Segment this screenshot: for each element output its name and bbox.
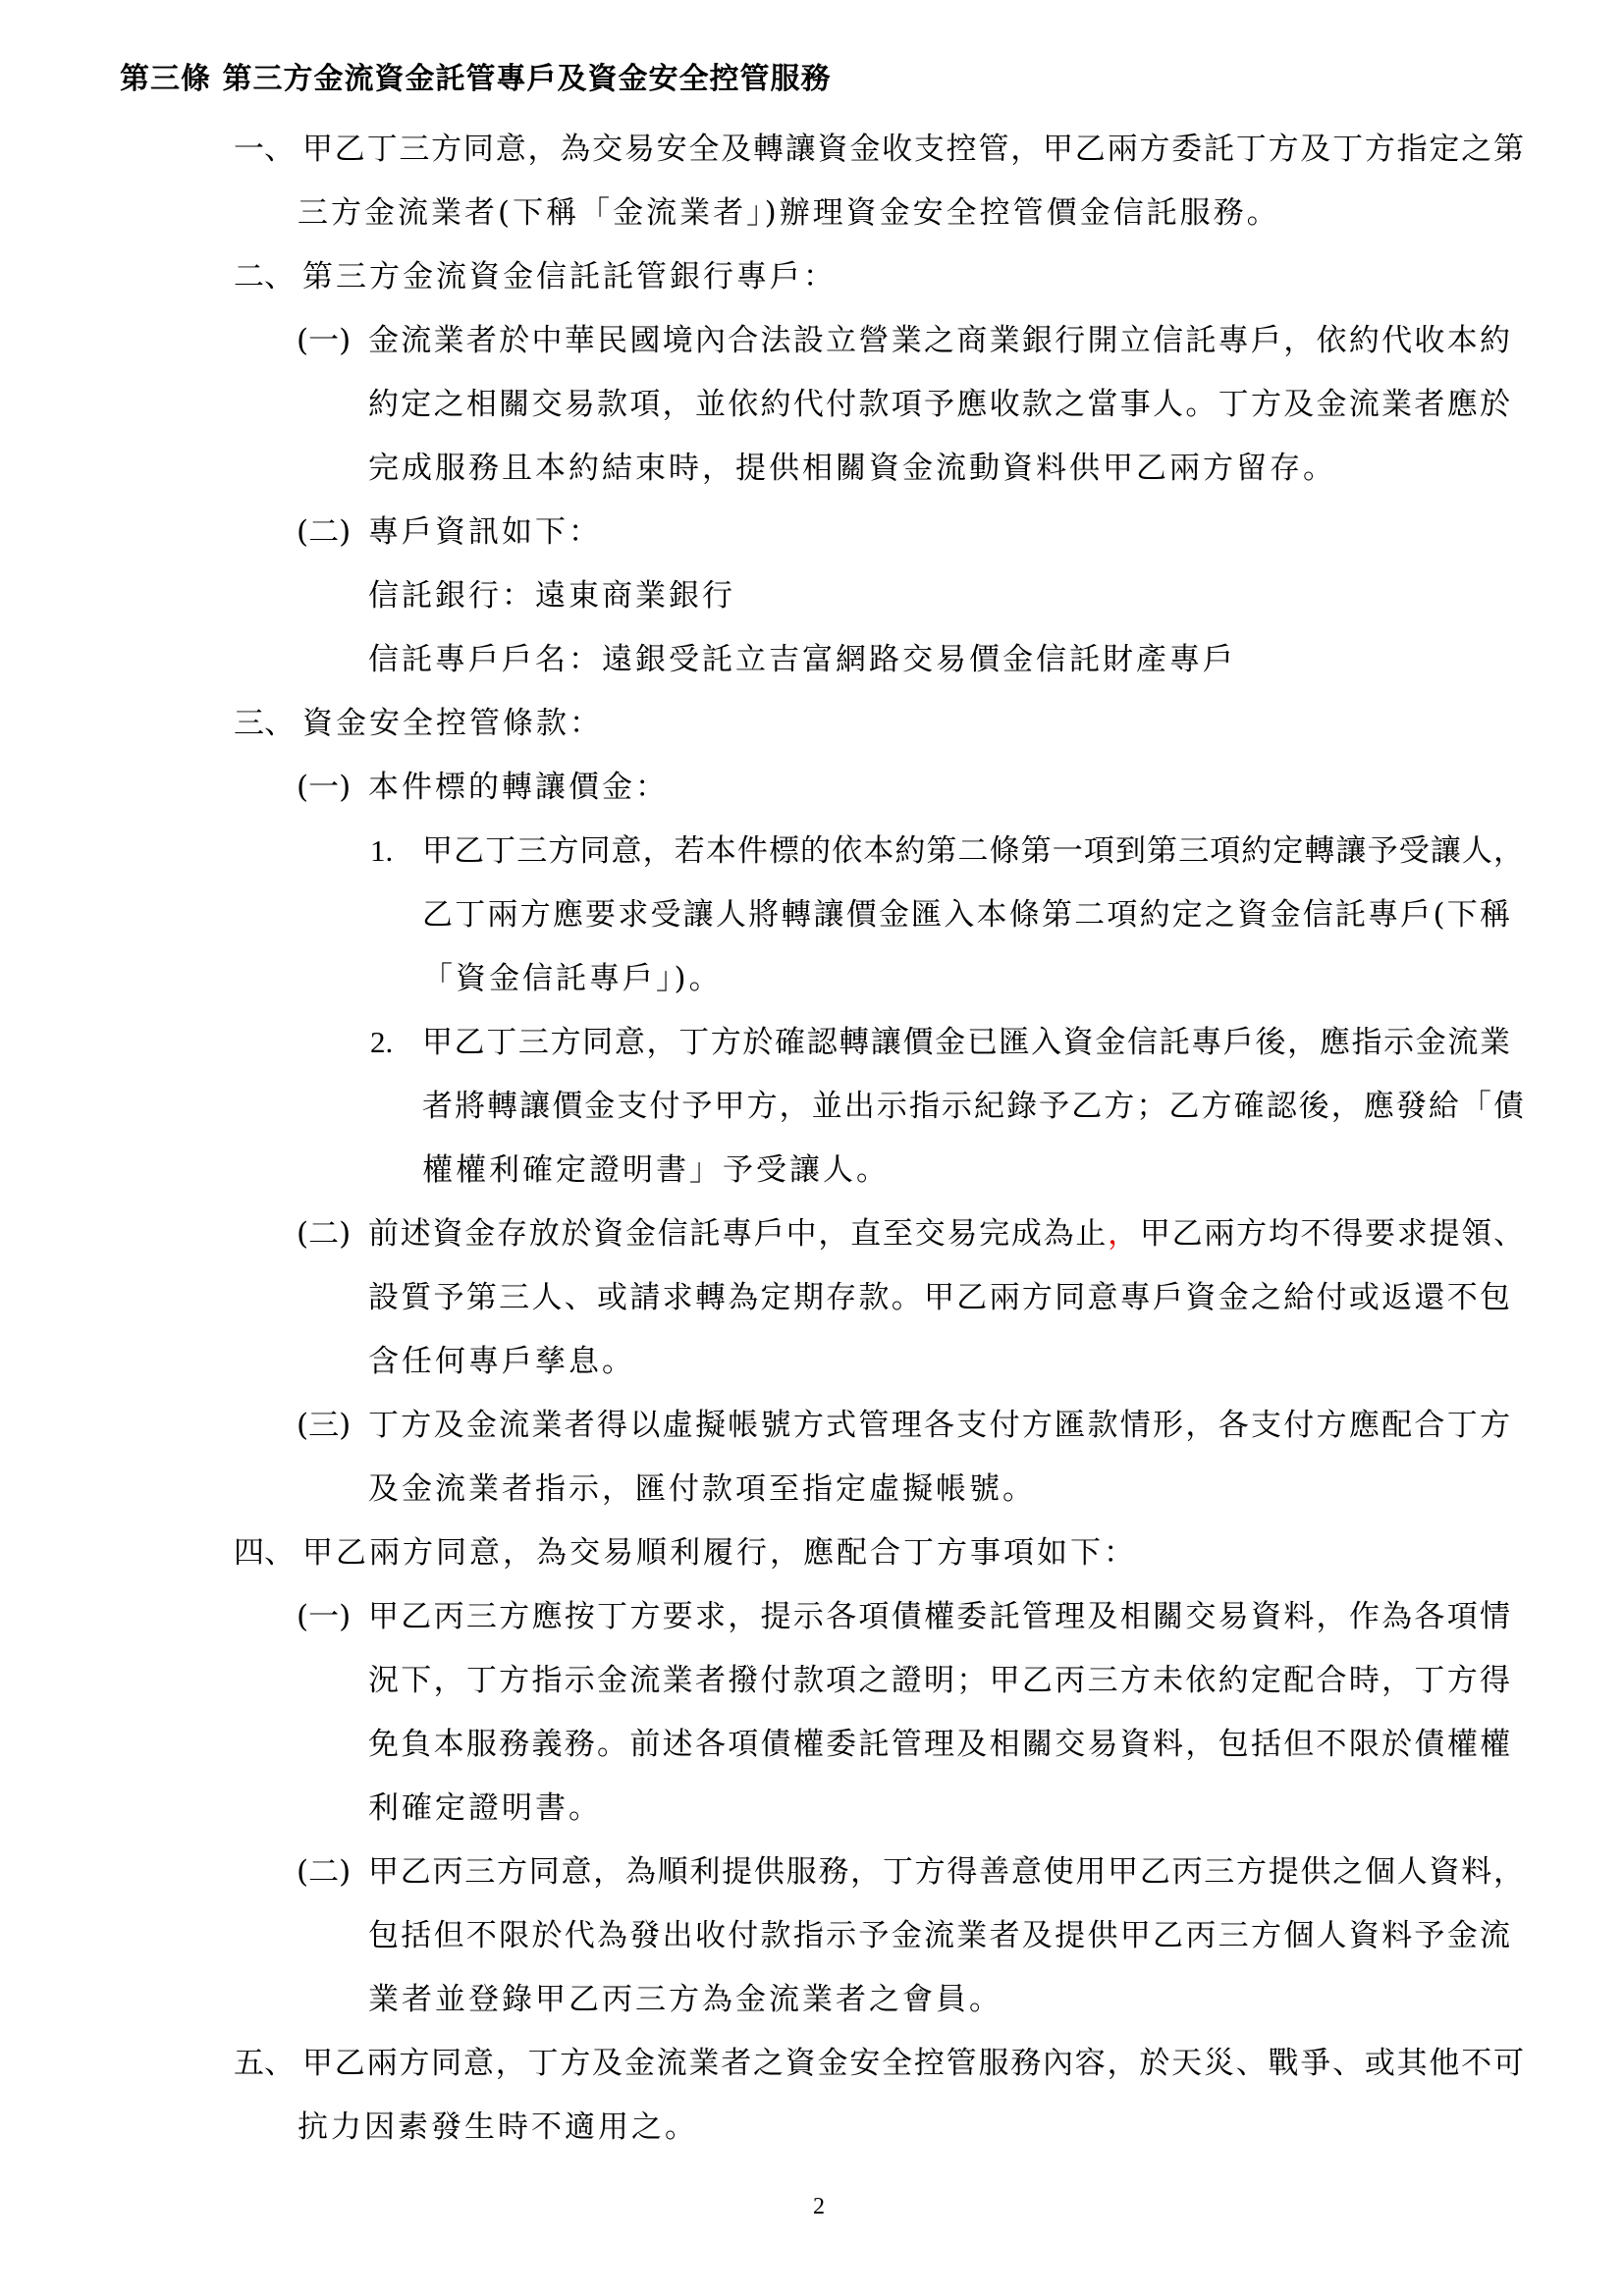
section-3-item-3-label: (三): [297, 1409, 351, 1442]
section-2-item-2-line-1: 專戶資訊如下：: [368, 515, 602, 549]
section-3-sub-2-line-1: 甲乙丁三方同意，丁方於確認轉讓價金已匯入資金信託專戶後，應指示金流業: [422, 1026, 1510, 1059]
section-2-item-1-line-1: 金流業者於中華民國境內合法設立營業之商業銀行開立信託專戶，依約代收本約: [368, 324, 1510, 357]
section-3-item-3-line-1: 丁方及金流業者得以虛擬帳號方式管理各支付方匯款情形，各支付方應配合丁方: [368, 1409, 1510, 1442]
section-2-item-1-line-2: 約定之相關交易款項，並依約代付款項予應收款之當事人。丁方及金流業者應於: [368, 388, 1510, 421]
section-3-sub-2-label: 2.: [370, 1026, 393, 1059]
document-page: 第三條 第三方金流資金託管專戶及資金安全控管服務 一、 甲乙丁三方同意，為交易安…: [0, 0, 1624, 2296]
section-4-item-1-label: (一): [297, 1600, 351, 1633]
section-4-item-1-line-1: 甲乙丙三方應按丁方要求，提示各項債權委託管理及相關交易資料，作為各項情: [368, 1600, 1510, 1633]
trust-account-name: 信託專戶戶名：遠銀受託立吉富網路交易價金信託財產專戶: [368, 643, 1236, 676]
section-3-sub-1-label: 1.: [370, 834, 393, 868]
section-3-item-1-title: 本件標的轉讓價金：: [368, 771, 669, 804]
article-heading: 第三條 第三方金流資金託管專戶及資金安全控管服務: [120, 63, 831, 96]
section-3-item-3-line-2: 及金流業者指示，匯付款項至指定虛擬帳號。: [368, 1472, 1036, 1506]
section-4-item-1-line-4: 利確定證明書。: [368, 1791, 602, 1825]
section-1-line-1: 甲乙丁三方同意，為交易安全及轉讓資金收支控管，甲乙兩方委託丁方及丁方指定之第: [302, 133, 1524, 166]
section-3-title: 資金安全控管條款：: [302, 707, 603, 740]
section-4-label: 四、: [234, 1536, 295, 1570]
section-2-title: 第三方金流資金信託託管銀行專戶：: [302, 260, 837, 294]
section-1-label: 一、: [234, 133, 295, 166]
red-comma: ，: [1108, 1217, 1140, 1251]
section-4-title: 甲乙兩方同意，為交易順利履行，應配合丁方事項如下：: [302, 1536, 1137, 1570]
section-5-line-2: 抗力因素發生時不適用之。: [298, 2110, 698, 2144]
section-3-item-1-label: (一): [297, 771, 351, 804]
section-3-sub-1-line-1: 甲乙丁三方同意，若本件標的依本約第二條第一項到第三項約定轉讓予受讓人，: [422, 834, 1524, 868]
section-3-item-2-line-3: 含任何專戶孳息。: [368, 1345, 635, 1378]
section-4-item-1-line-3: 免負本服務義務。前述各項債權委託管理及相關交易資料，包括但不限於債權權: [368, 1728, 1510, 1761]
section-4-item-2-label: (二): [297, 1855, 351, 1889]
section-4-item-2-line-3: 業者並登錄甲乙丙三方為金流業者之會員。: [368, 1983, 1002, 2016]
section-1-line-2: 三方金流業者(下稱「金流業者」)辦理資金安全控管價金信託服務。: [298, 196, 1280, 230]
section-4-item-2-line-1: 甲乙丙三方同意，為順利提供服務，丁方得善意使用甲乙丙三方提供之個人資料，: [368, 1855, 1524, 1889]
page-number: 2: [813, 2193, 825, 2220]
section-5-line-1: 甲乙兩方同意，丁方及金流業者之資金安全控管服務內容，於天災、戰爭、或其他不可: [302, 2047, 1524, 2080]
section-3-item-2-label: (二): [297, 1217, 351, 1251]
section-3-sub-2-line-3: 權權利確定證明書」予受讓人。: [422, 1153, 890, 1187]
section-2-item-2-label: (二): [297, 515, 351, 549]
section-3-sub-1-line-2: 乙丁兩方應要求受讓人將轉讓價金匯入本條第二項約定之資金信託專戶(下稱: [422, 898, 1510, 932]
line-text-before: 前述資金存放於資金信託專戶中，直至交易完成為止: [368, 1217, 1108, 1251]
section-3-item-2-line-1: 前述資金存放於資金信託專戶中，直至交易完成為止，甲乙兩方均不得要求提領、: [368, 1217, 1524, 1251]
section-2-item-1-line-3: 完成服務且本約結束時，提供相關資金流動資料供甲乙兩方留存。: [368, 452, 1336, 485]
section-2-label: 二、: [234, 260, 295, 294]
section-4-item-1-line-2: 況下，丁方指示金流業者撥付款項之證明；甲乙丙三方未依約定配合時，丁方得: [368, 1664, 1510, 1697]
section-2-item-1-label: (一): [297, 324, 351, 357]
section-3-sub-1-line-3: 「資金信託專戶」)。: [422, 962, 723, 995]
section-5-label: 五、: [234, 2047, 295, 2080]
section-4-item-2-line-2: 包括但不限於代為發出收付款指示予金流業者及提供甲乙丙三方個人資料予金流: [368, 1919, 1510, 1952]
section-3-item-2-line-2: 設質予第三人、或請求轉為定期存款。甲乙兩方同意專戶資金之給付或返還不包: [368, 1281, 1510, 1314]
line-text-after: 甲乙兩方均不得要求提領、: [1140, 1217, 1524, 1251]
trust-bank: 信託銀行：遠東商業銀行: [368, 579, 735, 613]
section-3-label: 三、: [234, 707, 295, 740]
section-3-sub-2-line-2: 者將轉讓價金支付予甲方，並出示指示紀錄予乙方；乙方確認後，應發給「債: [422, 1090, 1524, 1123]
